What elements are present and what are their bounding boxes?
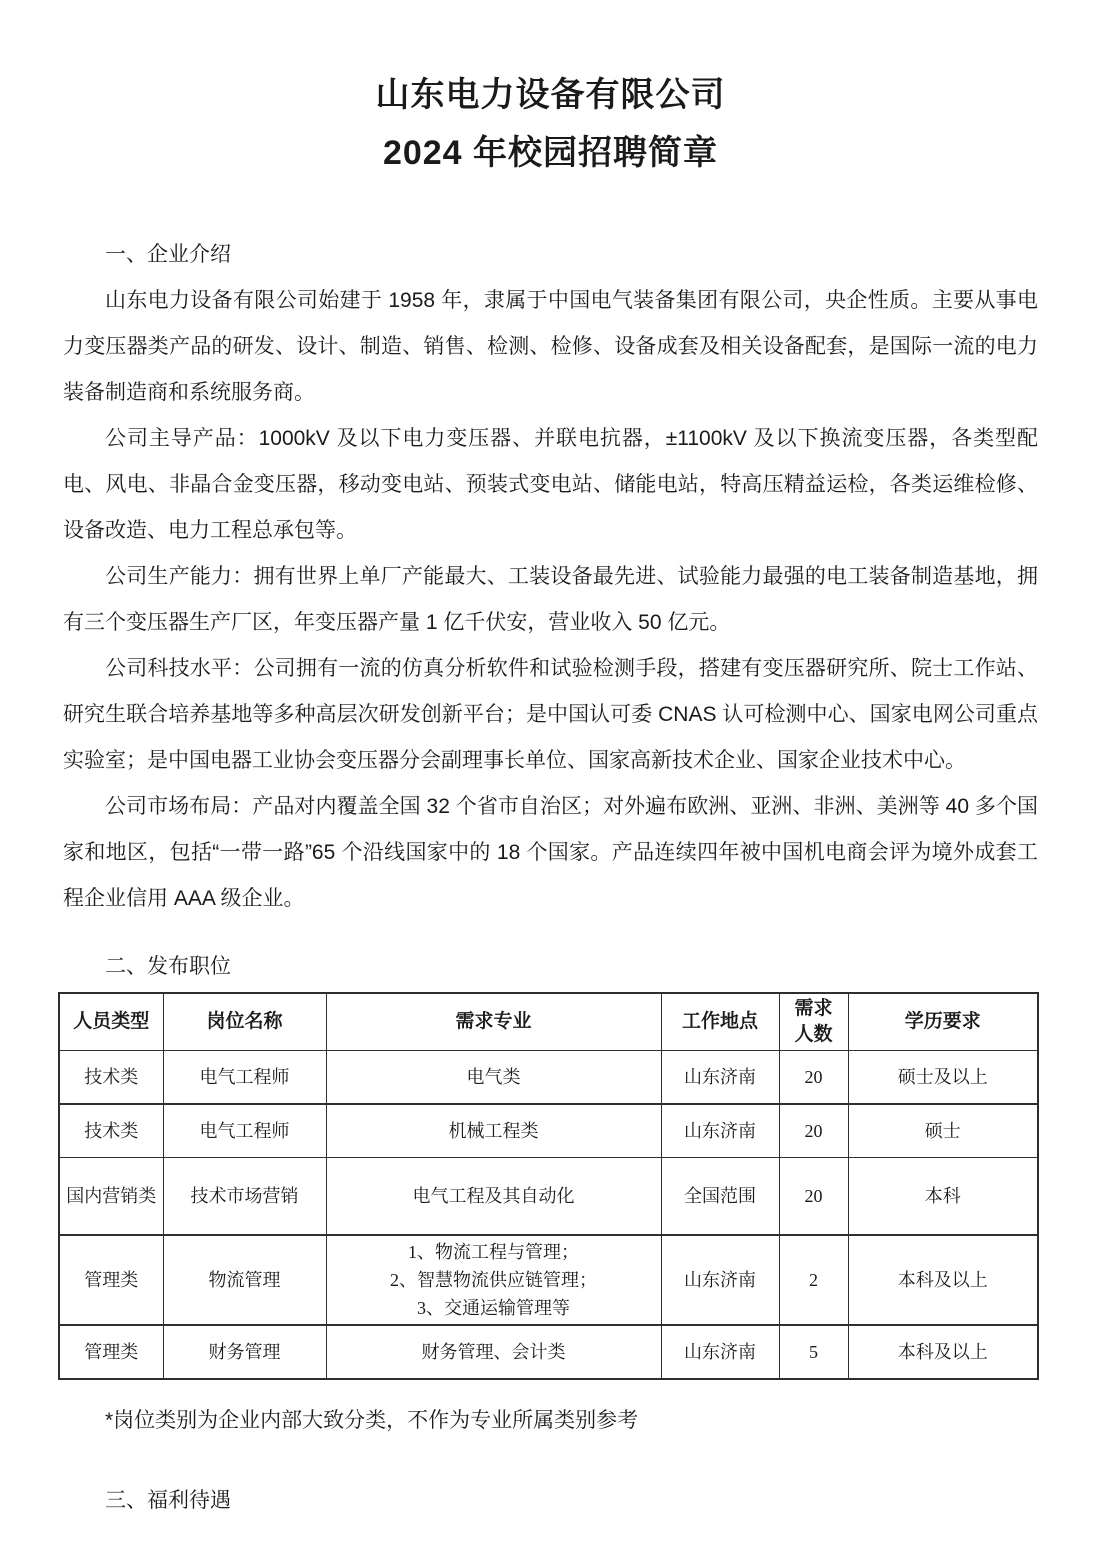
cell-personnel-type: 管理类 bbox=[59, 1325, 163, 1379]
cell-required-major: 财务管理、会计类 bbox=[326, 1325, 661, 1379]
table-row: 国内营销类 技术市场营销 电气工程及其自动化 全国范围 20 本科 bbox=[59, 1158, 1038, 1236]
cell-position-name: 财务管理 bbox=[163, 1325, 326, 1379]
cell-position-name: 电气工程师 bbox=[163, 1104, 326, 1158]
intro-paragraph-products: 公司主导产品：1000kV 及以下电力变压器、并联电抗器，±1100kV 及以下… bbox=[63, 416, 1038, 554]
column-header-headcount: 需求人数 bbox=[779, 993, 848, 1051]
cell-education: 本科及以上 bbox=[848, 1235, 1038, 1325]
table-row: 管理类 财务管理 财务管理、会计类 山东济南 5 本科及以上 bbox=[59, 1325, 1038, 1379]
column-header-position-name: 岗位名称 bbox=[163, 993, 326, 1051]
cell-required-major: 电气类 bbox=[326, 1051, 661, 1105]
document-page: 山东电力设备有限公司 2024 年校园招聘简章 一、企业介绍 山东电力设备有限公… bbox=[0, 0, 1102, 1559]
cell-headcount: 20 bbox=[779, 1158, 848, 1236]
table-row: 技术类 电气工程师 电气类 山东济南 20 硕士及以上 bbox=[59, 1051, 1038, 1105]
cell-required-major: 电气工程及其自动化 bbox=[326, 1158, 661, 1236]
table-header-row: 人员类型 岗位名称 需求专业 工作地点 需求人数 学历要求 bbox=[59, 993, 1038, 1051]
section-heading-company-intro: 一、企业介绍 bbox=[63, 232, 1038, 278]
cell-personnel-type: 管理类 bbox=[59, 1235, 163, 1325]
document-title-line2: 2024 年校园招聘简章 bbox=[63, 124, 1038, 182]
document-title-line1: 山东电力设备有限公司 bbox=[63, 66, 1038, 124]
cell-work-location: 山东济南 bbox=[661, 1051, 779, 1105]
table-footnote: *岗位类别为企业内部大致分类，不作为专业所属类别参考 bbox=[63, 1398, 1038, 1444]
cell-education: 本科 bbox=[848, 1158, 1038, 1236]
cell-headcount: 20 bbox=[779, 1104, 848, 1158]
column-header-work-location: 工作地点 bbox=[661, 993, 779, 1051]
cell-position-name: 技术市场营销 bbox=[163, 1158, 326, 1236]
table-row: 技术类 电气工程师 机械工程类 山东济南 20 硕士 bbox=[59, 1104, 1038, 1158]
cell-required-major: 机械工程类 bbox=[326, 1104, 661, 1158]
cell-personnel-type: 国内营销类 bbox=[59, 1158, 163, 1236]
cell-headcount: 5 bbox=[779, 1325, 848, 1379]
intro-paragraph-capacity: 公司生产能力：拥有世界上单厂产能最大、工装设备最先进、试验能力最强的电工装备制造… bbox=[63, 554, 1038, 646]
cell-headcount: 2 bbox=[779, 1235, 848, 1325]
column-header-personnel-type: 人员类型 bbox=[59, 993, 163, 1051]
positions-table: 人员类型 岗位名称 需求专业 工作地点 需求人数 学历要求 技术类 电气工程师 … bbox=[58, 992, 1039, 1380]
column-header-required-major: 需求专业 bbox=[326, 993, 661, 1051]
cell-education: 本科及以上 bbox=[848, 1325, 1038, 1379]
intro-paragraph-market: 公司市场布局：产品对内覆盖全国 32 个省市自治区；对外遍布欧洲、亚洲、非洲、美… bbox=[63, 784, 1038, 922]
major-list-item: 1、物流工程与管理； bbox=[333, 1238, 655, 1266]
intro-paragraph-technology: 公司科技水平：公司拥有一流的仿真分析软件和试验检测手段，搭建有变压器研究所、院士… bbox=[63, 646, 1038, 784]
section-heading-positions: 二、发布职位 bbox=[63, 944, 1038, 990]
cell-work-location: 山东济南 bbox=[661, 1235, 779, 1325]
cell-headcount: 20 bbox=[779, 1051, 848, 1105]
cell-personnel-type: 技术类 bbox=[59, 1051, 163, 1105]
cell-required-major-list: 1、物流工程与管理； 2、智慧物流供应链管理； 3、交通运输管理等 bbox=[326, 1235, 661, 1325]
intro-paragraph-history: 山东电力设备有限公司始建于 1958 年，隶属于中国电气装备集团有限公司，央企性… bbox=[63, 278, 1038, 416]
cell-position-name: 电气工程师 bbox=[163, 1051, 326, 1105]
cell-personnel-type: 技术类 bbox=[59, 1104, 163, 1158]
major-list-item: 3、交通运输管理等 bbox=[333, 1294, 655, 1322]
section-heading-benefits: 三、福利待遇 bbox=[63, 1478, 1038, 1524]
cell-position-name: 物流管理 bbox=[163, 1235, 326, 1325]
cell-work-location: 山东济南 bbox=[661, 1325, 779, 1379]
table-row: 管理类 物流管理 1、物流工程与管理； 2、智慧物流供应链管理； 3、交通运输管… bbox=[59, 1235, 1038, 1325]
cell-work-location: 全国范围 bbox=[661, 1158, 779, 1236]
cell-education: 硕士及以上 bbox=[848, 1051, 1038, 1105]
major-list-item: 2、智慧物流供应链管理； bbox=[333, 1266, 655, 1294]
column-header-education: 学历要求 bbox=[848, 993, 1038, 1051]
cell-work-location: 山东济南 bbox=[661, 1104, 779, 1158]
cell-education: 硕士 bbox=[848, 1104, 1038, 1158]
